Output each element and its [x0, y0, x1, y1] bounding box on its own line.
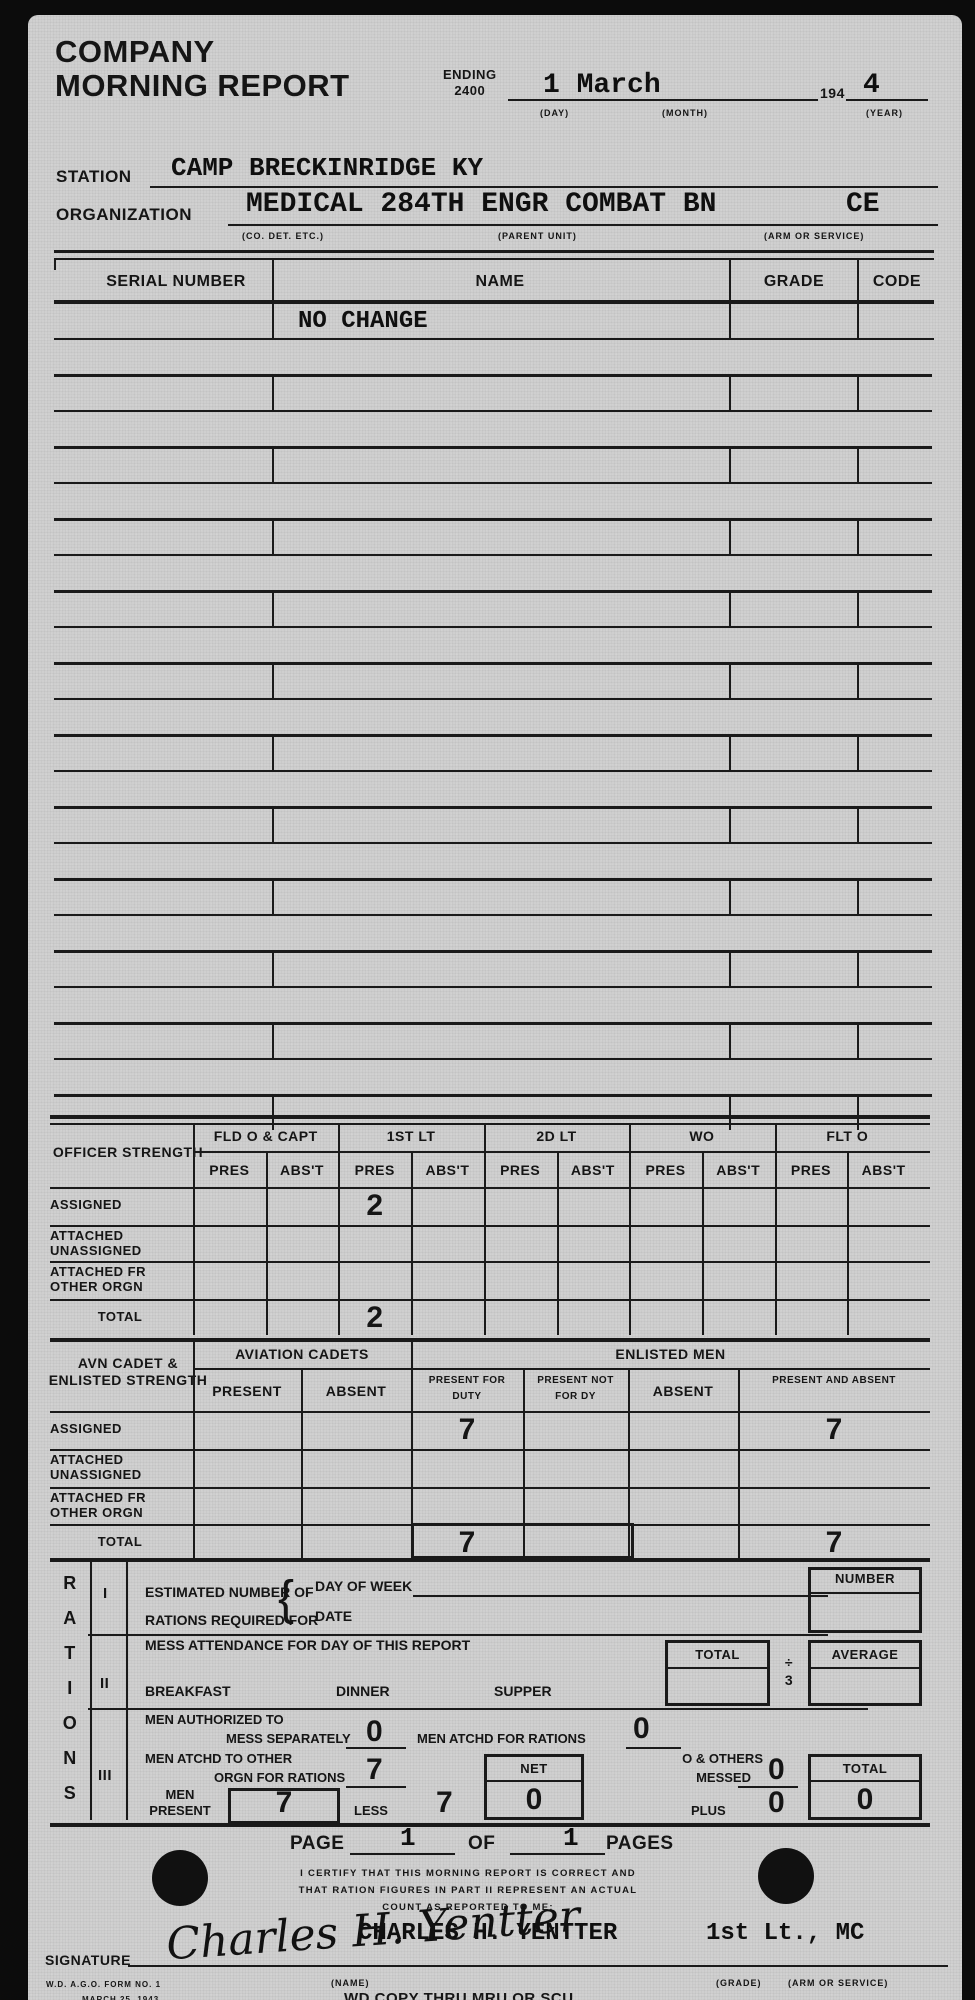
officer-group-divider — [775, 1125, 777, 1335]
officer-row-rule — [50, 1261, 930, 1263]
header-bottom-rule — [54, 300, 934, 304]
authorized-line1: MEN AUTHORIZED TO — [145, 1712, 284, 1727]
row-divider — [272, 880, 274, 914]
punch-hole-left — [152, 1850, 208, 1906]
page-label: PAGE — [290, 1833, 344, 1855]
table-top-rule-2 — [54, 258, 934, 260]
row-rule — [54, 446, 932, 449]
col-code: CODE — [858, 273, 936, 291]
row-rule — [54, 662, 932, 665]
officer-top-rule-2 — [50, 1123, 930, 1125]
enlisted-row-rule — [50, 1449, 930, 1451]
row-divider — [729, 664, 731, 698]
less-value: 7 — [436, 1786, 453, 1820]
row-rule — [54, 734, 932, 737]
ending-label: ENDING 2400 — [443, 67, 497, 99]
officer-subcol-divider — [557, 1153, 559, 1335]
pages-label: PAGES — [606, 1833, 674, 1855]
row-divider — [857, 304, 859, 340]
rations-total-value: 0 — [808, 1783, 922, 1817]
row-rule — [54, 986, 932, 988]
enlisted-cell: 7 — [738, 1413, 930, 1447]
ending-time: 2400 — [443, 83, 497, 99]
officer-subcol-header: ABS'T — [411, 1162, 484, 1178]
net-value: 0 — [484, 1783, 584, 1817]
row-divider — [272, 952, 274, 986]
enlisted-row-label: TOTAL — [50, 1534, 190, 1549]
row-divider — [729, 736, 731, 770]
rations-side-letter: N — [52, 1748, 88, 1769]
row-divider — [272, 1024, 274, 1058]
men-present-value: 7 — [228, 1786, 340, 1820]
officer-subcol-header: ABS'T — [266, 1162, 339, 1178]
row-rule — [54, 554, 932, 556]
net-divider — [487, 1780, 581, 1782]
row-divider — [272, 736, 274, 770]
caption-co: (CO. DET. ETC.) — [242, 231, 324, 241]
enlisted-col-header: PRESENT AND ABSENT — [738, 1373, 930, 1389]
enlisted-group-rule — [193, 1368, 930, 1370]
officer-subcol-header: ABS'T — [847, 1162, 920, 1178]
organization-underline — [228, 224, 938, 226]
page-underline — [350, 1853, 455, 1855]
row-divider — [272, 520, 274, 554]
year-underline — [846, 99, 928, 101]
row-divider — [272, 808, 274, 842]
ending-text: ENDING — [443, 67, 497, 83]
rations-side-letter: S — [52, 1783, 88, 1804]
rations-vdiv-1 — [90, 1562, 92, 1820]
form-title: COMPANY MORNING REPORT — [55, 35, 350, 103]
rations-top-rule — [50, 1558, 930, 1562]
officer-row-rule — [50, 1187, 930, 1189]
number-label: NUMBER — [808, 1571, 922, 1586]
mess-total-divider — [668, 1667, 767, 1669]
enlisted-row-label: ATTACHED UNASSIGNED — [50, 1452, 190, 1482]
row-divider — [272, 376, 274, 410]
caption-arm: (ARM OR SERVICE) — [764, 231, 864, 241]
row-divider — [857, 664, 859, 698]
row-rule — [54, 806, 932, 809]
dinner-label: DINNER — [336, 1683, 390, 1699]
col-grade: GRADE — [730, 273, 858, 291]
officer-row-label: ASSIGNED — [50, 1197, 190, 1212]
day-of-week-label: DAY OF WEEK — [315, 1578, 412, 1594]
row-divider — [857, 592, 859, 626]
officer-subcol-header: PRES — [629, 1162, 702, 1178]
year-caption: (YEAR) — [866, 108, 903, 118]
organization-value: MEDICAL 284TH ENGR COMBAT BN — [246, 189, 716, 220]
officer-top-rule — [50, 1115, 930, 1119]
officer-subcol-header: ABS'T — [702, 1162, 775, 1178]
officer-subcol-header: PRES — [338, 1162, 411, 1178]
header-divider-2 — [729, 260, 731, 300]
row-divider — [857, 736, 859, 770]
authorized-line2: MESS SEPARATELY — [226, 1731, 351, 1746]
enlisted-row-rule — [50, 1487, 930, 1489]
header-divider-1 — [272, 260, 274, 300]
officer-cell: 2 — [338, 1189, 411, 1223]
enlisted-row-label: ASSIGNED — [50, 1421, 190, 1436]
enlisted-total-box — [411, 1523, 634, 1559]
officer-group-divider — [629, 1125, 631, 1335]
part2-numeral: II — [100, 1675, 109, 1692]
row-rule — [54, 482, 932, 484]
average-label: AVERAGE — [808, 1647, 922, 1662]
officer-row-label: TOTAL — [50, 1309, 190, 1324]
average-divider — [811, 1667, 919, 1669]
row-divider — [729, 376, 731, 410]
pages-value: 1 — [563, 1823, 579, 1853]
row-rule — [54, 698, 932, 700]
row-divider — [729, 880, 731, 914]
divide-by-value: 3 — [780, 1671, 798, 1689]
table-top-rule — [54, 250, 934, 253]
row-divider — [857, 376, 859, 410]
officer-subcol-header: PRES — [484, 1162, 557, 1178]
enlisted-cell: 7 — [411, 1413, 523, 1447]
enlisted-cell: 7 — [738, 1526, 930, 1560]
rations-vdiv-2 — [126, 1562, 128, 1820]
row-rule — [54, 1058, 932, 1060]
station-value: CAMP BRECKINRIDGE KY — [171, 153, 483, 183]
supper-label: SUPPER — [494, 1683, 552, 1699]
row-divider — [729, 448, 731, 482]
officer-row-label: ATTACHED UNASSIGNED — [50, 1228, 190, 1258]
signature-label: SIGNATURE — [45, 1952, 131, 1968]
morning-report-form: COMPANY MORNING REPORT ENDING 2400 1 Mar… — [28, 15, 962, 2000]
net-label: NET — [484, 1761, 584, 1776]
row-divider — [729, 592, 731, 626]
part1-numeral: I — [103, 1585, 108, 1602]
table-row-name: NO CHANGE — [298, 308, 428, 335]
enlisted-col-header: ABSENT — [301, 1383, 411, 1399]
year-prefix: 194 — [820, 85, 845, 101]
officer-strength-label: OFFICER STRENGTH — [48, 1143, 208, 1161]
others-line2: MESSED — [613, 1770, 751, 1785]
year-digit: 4 — [863, 70, 880, 101]
plus-label: PLUS — [691, 1803, 726, 1818]
row-rule — [54, 1094, 932, 1097]
officer-group-header: FLD O & CAPT — [193, 1128, 338, 1144]
officer-group-rule — [193, 1151, 930, 1153]
certify-line1: I CERTIFY THAT THIS MORNING REPORT IS CO… — [258, 1865, 678, 1882]
grade-service-value: 1st Lt., MC — [706, 1920, 864, 1947]
organization-label: ORGANIZATION — [56, 205, 192, 225]
row-divider — [857, 808, 859, 842]
rations-total-label: TOTAL — [808, 1761, 922, 1776]
col-serial-number: SERIAL NUMBER — [56, 273, 296, 291]
row-rule — [54, 1022, 932, 1025]
men-present-label: MEN PRESENT — [130, 1787, 230, 1819]
part3-numeral: III — [98, 1767, 112, 1784]
certify-line2: THAT RATION FIGURES IN PART II REPRESENT… — [258, 1882, 678, 1899]
atchd-other-value: 7 — [366, 1753, 383, 1787]
mess-attendance-title: MESS ATTENDANCE FOR DAY OF THIS REPORT — [145, 1637, 470, 1653]
arm-caption: (ARM OR SERVICE) — [788, 1978, 888, 1988]
arm-service-value: CE — [846, 189, 880, 220]
enlisted-strength-label: AVN CADET & ENLISTED STRENGTH — [48, 1355, 208, 1389]
station-underline — [150, 186, 938, 188]
day-caption: (DAY) — [540, 108, 569, 118]
enlisted-col-header: PRESENT FOR DUTY — [411, 1373, 523, 1405]
row-rule — [54, 914, 932, 916]
report-date: 1 March — [543, 70, 661, 101]
breakfast-label: BREAKFAST — [145, 1683, 231, 1699]
others-value: 0 — [768, 1753, 785, 1787]
date-underline — [508, 99, 818, 101]
form-date: MARCH 25, 1943 — [82, 1995, 159, 2000]
form-number: W.D. A.G.O. FORM NO. 1 — [46, 1980, 161, 1989]
row-divider — [729, 808, 731, 842]
row-divider — [272, 304, 274, 340]
row-rule — [54, 338, 934, 340]
row-rule — [54, 770, 932, 772]
officer-subcol-header: ABS'T — [557, 1162, 630, 1178]
men-present-line2: PRESENT — [130, 1803, 230, 1819]
part2-bottom-rule — [88, 1708, 868, 1710]
atchd-for-rations-value: 0 — [633, 1712, 650, 1746]
row-rule — [54, 590, 932, 593]
officer-subcol-divider — [847, 1153, 849, 1335]
rations-side-letter: R — [52, 1573, 88, 1594]
rations-side-letter: A — [52, 1608, 88, 1629]
officer-group-header: 2D LT — [484, 1128, 629, 1144]
enlisted-row-label: ATTACHED FR OTHER ORGN — [50, 1490, 190, 1520]
row-divider — [272, 592, 274, 626]
enlisted-col-header: PRESENT — [193, 1383, 301, 1399]
enlisted-top-rule — [50, 1338, 930, 1342]
mess-total-label: TOTAL — [665, 1647, 770, 1662]
officer-subcol-header: PRES — [193, 1162, 266, 1178]
officer-row-rule — [50, 1299, 930, 1301]
table-left-tick — [54, 258, 56, 270]
divide-by-three: ÷ 3 — [780, 1653, 798, 1689]
row-rule — [54, 842, 932, 844]
row-divider — [857, 520, 859, 554]
form-title-line1: COMPANY — [55, 35, 350, 69]
rations-total-divider — [811, 1780, 919, 1782]
row-divider — [729, 1024, 731, 1058]
rations-bottom-rule — [50, 1823, 930, 1827]
col-name: NAME — [272, 273, 728, 291]
row-rule — [54, 374, 932, 377]
day-of-week-field[interactable] — [413, 1595, 828, 1597]
atchd-other-line2: ORGN FOR RATIONS — [214, 1770, 345, 1785]
atchd-other-line1: MEN ATCHD TO OTHER — [145, 1751, 292, 1766]
officer-group-header: WO — [629, 1128, 774, 1144]
officer-row-label: ATTACHED FR OTHER ORGN — [50, 1264, 190, 1294]
divide-icon: ÷ — [780, 1653, 798, 1671]
enlisted-col-header: ABSENT — [628, 1383, 738, 1399]
row-rule — [54, 626, 932, 628]
punch-hole-right — [758, 1848, 814, 1904]
aviation-cadets-header: AVIATION CADETS — [193, 1346, 411, 1362]
officer-cell: 2 — [338, 1301, 411, 1335]
enlisted-col-header: PRESENT NOT FOR DY — [523, 1373, 628, 1405]
header-divider-3 — [857, 260, 859, 300]
officer-subcol-divider — [411, 1153, 413, 1335]
row-rule — [54, 410, 932, 412]
row-divider — [272, 448, 274, 482]
station-label: STATION — [56, 167, 132, 187]
row-rule — [54, 518, 932, 521]
men-present-line1: MEN — [130, 1787, 230, 1803]
name-caption: (NAME) — [331, 1978, 370, 1988]
form-title-line2: MORNING REPORT — [55, 69, 350, 103]
signature-line[interactable] — [128, 1965, 948, 1967]
pages-underline — [510, 1853, 605, 1855]
of-label: OF — [468, 1833, 495, 1855]
rations-side-letter: T — [52, 1643, 88, 1664]
officer-group-header: 1ST LT — [338, 1128, 483, 1144]
officer-subcol-header: PRES — [775, 1162, 848, 1178]
officer-group-header: FLT O — [775, 1128, 920, 1144]
page-value: 1 — [400, 1823, 416, 1853]
authorized-value: 0 — [366, 1715, 383, 1749]
row-divider — [857, 880, 859, 914]
rations-side-letter: O — [52, 1713, 88, 1734]
row-rule — [54, 878, 932, 881]
copy-note: WD COPY THRU MRU OR SCU — [344, 1990, 574, 2000]
officer-subcol-divider — [702, 1153, 704, 1335]
brace: { — [278, 1573, 294, 1625]
month-caption: (MONTH) — [662, 108, 708, 118]
officer-row-rule — [50, 1225, 930, 1227]
rations-side-letter: I — [52, 1678, 88, 1699]
number-box-divider — [811, 1592, 919, 1594]
row-divider — [857, 952, 859, 986]
less-label: LESS — [354, 1803, 388, 1818]
plus-value: 0 — [768, 1786, 785, 1820]
atchd-for-rations-label: MEN ATCHD FOR RATIONS — [417, 1731, 586, 1746]
atchd-for-rations-underline — [626, 1747, 681, 1749]
officer-group-divider — [193, 1125, 195, 1335]
officer-group-divider — [484, 1125, 486, 1335]
enlisted-men-header: ENLISTED MEN — [411, 1346, 930, 1362]
others-line1: O & OTHERS — [613, 1751, 763, 1766]
row-divider — [729, 520, 731, 554]
row-divider — [857, 1024, 859, 1058]
row-divider — [729, 304, 731, 340]
officer-subcol-divider — [266, 1153, 268, 1335]
enlisted-col-divider — [301, 1370, 303, 1558]
row-divider — [272, 664, 274, 698]
row-divider — [857, 448, 859, 482]
date-label: DATE — [315, 1608, 352, 1624]
row-rule — [54, 950, 932, 953]
grade-caption: (GRADE) — [716, 1978, 762, 1988]
row-divider — [729, 952, 731, 986]
caption-parent: (PARENT UNIT) — [498, 231, 577, 241]
part1-bottom-rule — [88, 1634, 828, 1636]
